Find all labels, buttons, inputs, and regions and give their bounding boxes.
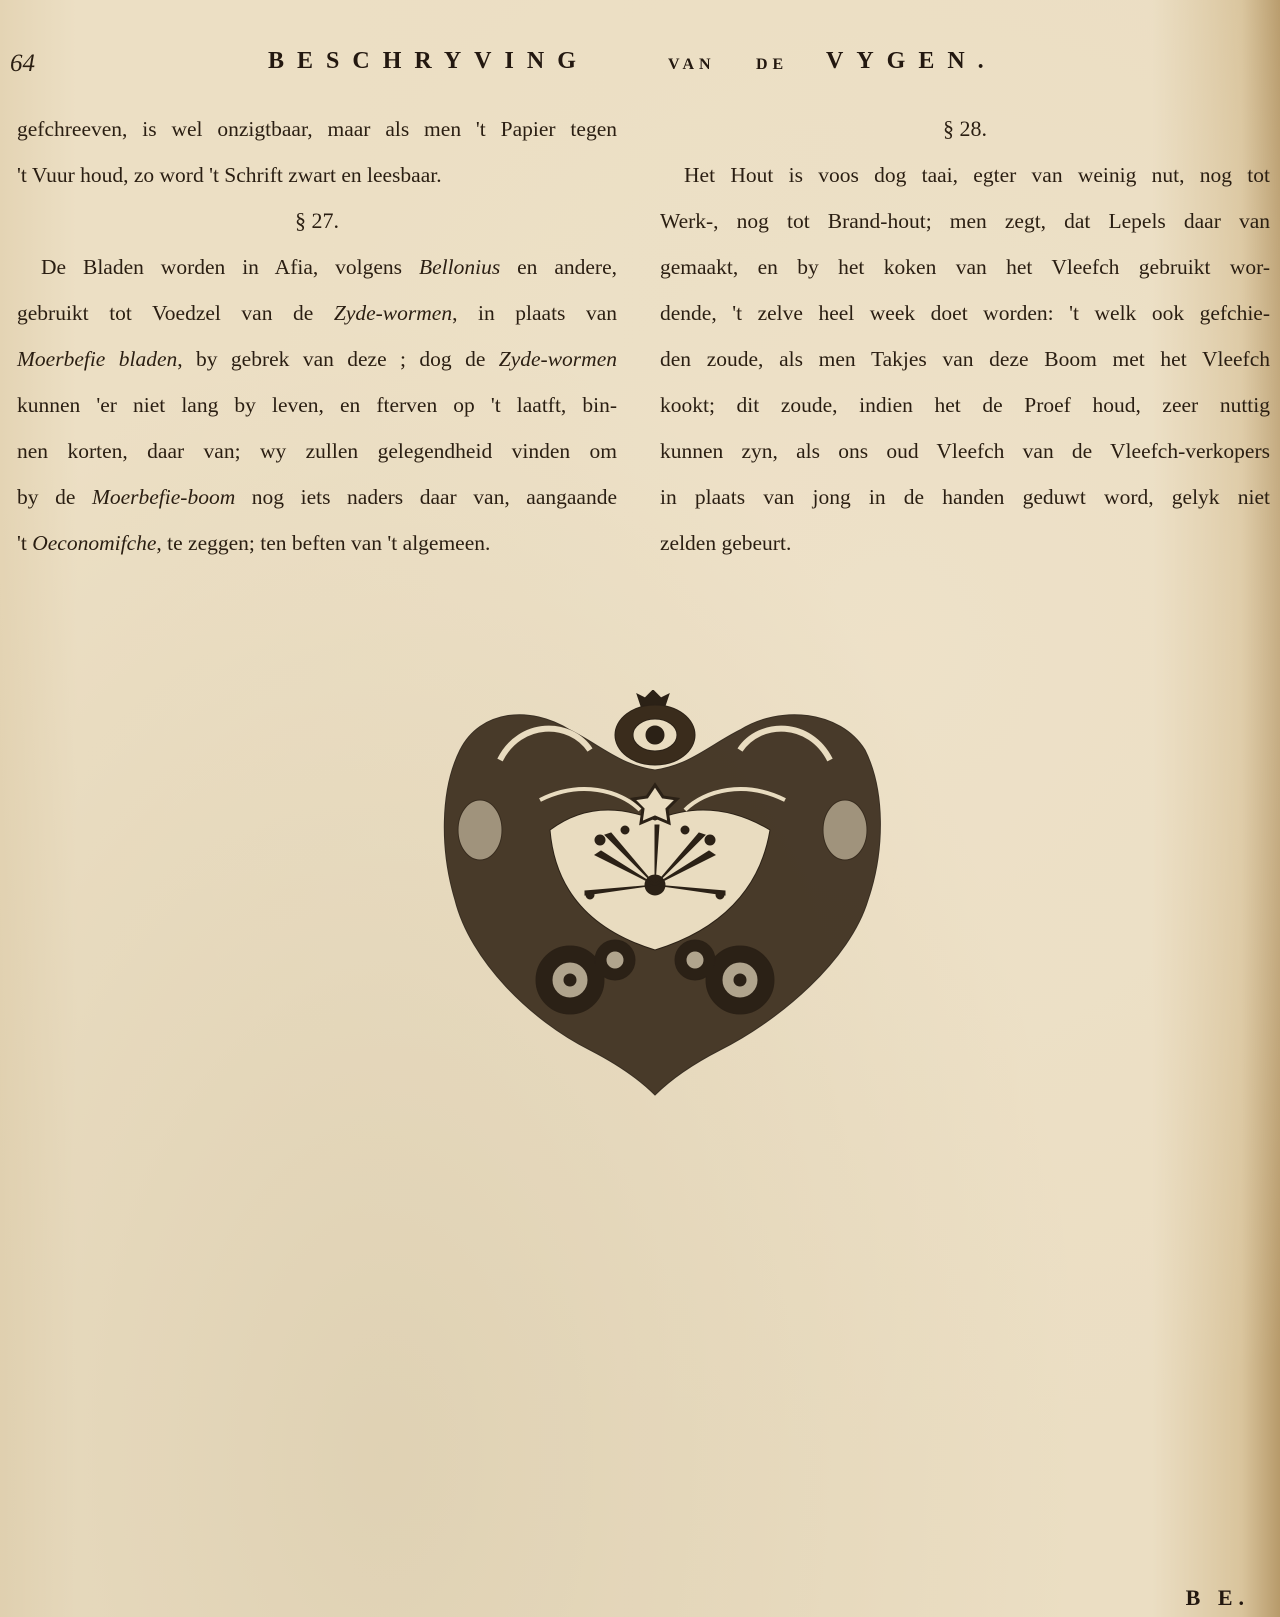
text-run: De Bladen worden in Afia, volgens — [41, 255, 419, 279]
text-run: , te zeggen; ten beften van 't algemeen. — [156, 531, 490, 555]
text-line: dende, 't zelve heel week doet worden: '… — [660, 290, 1270, 336]
italic-term: Zyde-wormen — [334, 301, 452, 325]
italic-term: Moerbefie-boom — [92, 485, 235, 509]
running-head: 64 BESCHRYVING VAN DE VYGEN. — [0, 46, 1280, 80]
section-27-body: De Bladen worden in Afia, volgens Bellon… — [17, 244, 617, 566]
catchword: B E. — [1186, 1585, 1250, 1611]
text-run: gebruikt tot Voedzel van de — [17, 301, 334, 325]
text-run: , in plaats van — [452, 301, 617, 325]
page-number: 64 — [10, 50, 35, 78]
text-run: kunnen 'er niet lang by leven, en fterve… — [17, 393, 617, 417]
text-line: nen korten, daar van; wy zullen gelegend… — [17, 428, 617, 474]
text-run: by de — [17, 485, 92, 509]
text-line: zelden gebeurt. — [660, 520, 1270, 566]
text-line: Moerbefie bladen, by gebrek van deze ; d… — [17, 336, 617, 382]
text-line: gemaakt, en by het koken van het Vleefch… — [660, 244, 1270, 290]
text-line: Werk-, nog tot Brand-hout; men zegt, dat… — [660, 198, 1270, 244]
text-line: den zoude, als men Takjes van deze Boom … — [660, 336, 1270, 382]
woodcut-ornament-icon — [440, 690, 890, 1100]
text-line: kookt; dit zoude, indien het de Proef ho… — [660, 382, 1270, 428]
left-column: gefchreeven, is wel onzigtbaar, maar als… — [17, 106, 617, 566]
text-line: in plaats van jong in de handen geduwt w… — [660, 474, 1270, 520]
running-title-end: VYGEN. — [826, 48, 997, 75]
book-page: 64 BESCHRYVING VAN DE VYGEN. gefchreeven… — [0, 0, 1280, 1617]
section-heading-27: § 27. — [17, 198, 617, 244]
right-column: § 28. Het Hout is voos dog taai, egter v… — [660, 106, 1270, 566]
text-line: by de Moerbefie-boom nog iets naders daa… — [17, 474, 617, 520]
text-line: 't Oeconomifche, te zeggen; ten beften v… — [17, 520, 617, 566]
italic-term: Zyde-wormen — [499, 347, 617, 371]
text-run: , by gebrek van deze ; dog de — [177, 347, 499, 371]
text-line: De Bladen worden in Afia, volgens Bellon… — [17, 244, 617, 290]
text-run: nog iets naders daar van, aangaande — [235, 485, 617, 509]
running-title-main: BESCHRYVING — [268, 48, 589, 75]
text-run: nen korten, daar van; wy zullen gelegend… — [17, 439, 617, 463]
text-line: kunnen zyn, als ons oud Vleefch van de V… — [660, 428, 1270, 474]
text-line: kunnen 'er niet lang by leven, en fterve… — [17, 382, 617, 428]
text-line: gefchreeven, is wel onzigtbaar, maar als… — [17, 106, 617, 152]
italic-term: Bellonius — [419, 255, 500, 279]
text-line: gebruikt tot Voedzel van de Zyde-wormen,… — [17, 290, 617, 336]
italic-term: Moerbefie bladen — [17, 347, 177, 371]
running-title-van: VAN — [668, 56, 716, 74]
section-heading-28: § 28. — [660, 106, 1270, 152]
text-line: Het Hout is voos dog taai, egter van wei… — [660, 152, 1270, 198]
text-run: en andere, — [500, 255, 617, 279]
text-line: 't Vuur houd, zo word 't Schrift zwart e… — [17, 152, 617, 198]
text-run: 't — [17, 531, 32, 555]
italic-term: Oeconomifche — [32, 531, 156, 555]
running-title-de: DE — [756, 56, 788, 74]
